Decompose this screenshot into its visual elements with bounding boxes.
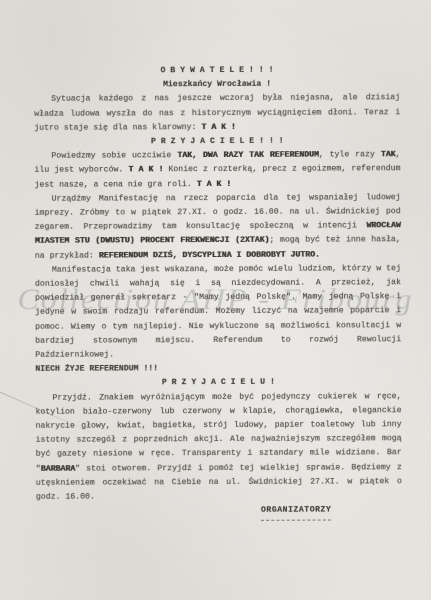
emphasized-text: TAK, DWA RAZY TAK REFERENDUM xyxy=(177,151,319,161)
paragraph-situation: Sytuacja każdego z nas jeszcze wczoraj b… xyxy=(34,92,400,136)
paragraph-come: Przyjdź. Znakiem wyróżniającym może być … xyxy=(35,390,401,505)
emphasized-text: BARBARA xyxy=(41,464,75,473)
text-segment: Urządźmy Manifestację na rzecz poparcia … xyxy=(35,193,401,232)
text-segment: Przyjdź. Znakiem wyróżniającym może być … xyxy=(36,392,402,474)
emphasized-text: T A K ! xyxy=(197,180,231,189)
text-segment: " stoi otworem. Przyjdź i pomóż tej wiel… xyxy=(36,463,402,502)
emphasized-text: T A K ! xyxy=(128,166,163,175)
emphasized-text: TAK xyxy=(381,150,396,159)
heading-friends-plural: P R Z Y J A C I E L E ! ! ! xyxy=(34,134,400,150)
text-segment: Powiedzmy sobie uczciwie xyxy=(51,151,177,161)
paragraph-support: Manifestacja taka jest wskazana, może po… xyxy=(35,262,401,363)
text-segment: Manifestacja taka jest wskazana, może po… xyxy=(35,264,401,360)
heading-citizens: O B Y W A T E L E ! ! ! xyxy=(34,63,400,79)
emphasized-text: T A K ! xyxy=(201,123,235,132)
heading-friend-singular: P R Z Y J A C I E L U ! xyxy=(35,376,401,392)
leaflet-text-block: O B Y W A T E L E ! ! ! Mieszkańcy Wrocł… xyxy=(34,63,402,521)
paragraph-say-yes: Powiedzmy sobie uczciwie TAK, DWA RAZY T… xyxy=(34,148,400,192)
paragraph-manifestation: Urządźmy Manifestację na rzecz poparcia … xyxy=(35,191,401,264)
heading-residents: Mieszkańcy Wrocławia ! xyxy=(34,77,400,93)
scanned-leaflet-page: Collection AHP - Fribourg O B Y W A T E … xyxy=(0,0,431,600)
slogan-long-live-referendum: NIECH ŻYJE REFERENDUM !!! xyxy=(35,361,401,377)
text-segment: , tyle razy xyxy=(319,151,381,160)
emphasized-text: REFERENDUM DZIŚ, DYSCYPLINA I DOBROBYT J… xyxy=(99,250,320,260)
signature-organizers: ORGANIZATORZY xyxy=(261,504,331,521)
